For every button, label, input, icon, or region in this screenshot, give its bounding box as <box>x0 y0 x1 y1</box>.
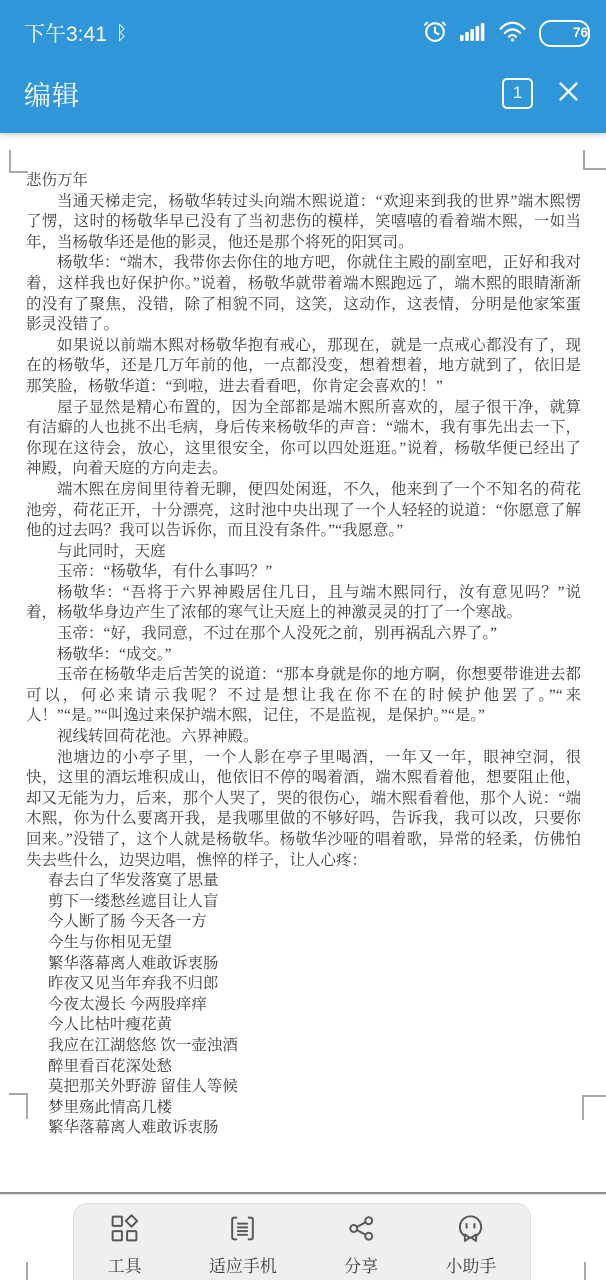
app-header: 下午3:41 ᛒ <box>0 0 606 133</box>
document-text[interactable]: 悲伤万年 当通天梯走完，杨敬华转过头向端木熙说道：“欢迎来到我的世界”端木熙愣了… <box>26 171 581 1139</box>
lyric-line: 今夜太漫长 今两股痒痒 <box>26 995 581 1016</box>
margin-mark-top-right <box>583 150 606 170</box>
lyric-line: 今人比枯叶瘦花黄 <box>26 1015 581 1036</box>
toolbar-label: 适应手机 <box>209 1252 277 1277</box>
close-button[interactable] <box>553 76 584 110</box>
fit-phone-icon <box>227 1213 258 1247</box>
bottom-toolbar: 工具 适应手机 <box>73 1203 531 1280</box>
toolbar-tools-button[interactable]: 工具 <box>108 1213 142 1277</box>
lyric-line: 莫把那关外野游 留佳人等候 <box>26 1077 581 1098</box>
share-icon <box>346 1213 377 1247</box>
toolbar-assistant-button[interactable]: 小助手 <box>445 1213 496 1277</box>
paragraph: 池塘边的小亭子里，一个人影在亭子里喝酒，一年又一年，眼神空洞，很快，这里的酒坛堆… <box>26 748 581 872</box>
screen: 下午3:41 ᛒ <box>0 0 606 1280</box>
paragraph: 当通天梯走完，杨敬华转过头向端木熙说道：“欢迎来到我的世界”端木熙愣了愣，这时的… <box>26 192 581 254</box>
lyric-line: 我应在江湖悠悠 饮一壶浊酒 <box>26 1036 581 1057</box>
paragraph: 屋子显然是精心布置的，因为全部都是端木熙所喜欢的，屋子很干净，就算有洁癖的人也挑… <box>26 398 581 480</box>
toolbar-fit-phone-button[interactable]: 适应手机 <box>209 1213 277 1277</box>
paragraph: 视线转回荷花池。六界神殿。 <box>26 727 581 748</box>
page-divider <box>0 1192 606 1194</box>
lyric-line: 醉里看百花深处愁 <box>26 1057 581 1078</box>
lyric-line: 昨夜又见当年弃我不归郎 <box>26 974 581 995</box>
lyric-line: 今人断了肠 今天各一方 <box>26 912 581 933</box>
alarm-icon <box>422 18 448 49</box>
tools-icon <box>109 1213 140 1247</box>
paragraph: 玉帝：“杨敬华，有什么事吗？” <box>26 562 581 583</box>
lyric-line: 剪下一缕愁丝遮目让人盲 <box>26 892 581 913</box>
assistant-icon <box>455 1213 486 1247</box>
lyrics-block: 春去白了华发落寞了思量剪下一缕愁丝遮目让人盲今人断了肠 今天各一方今生与你相见无… <box>26 871 581 1139</box>
page2-margin-mark-right <box>584 1262 588 1280</box>
status-time: 下午3:41 <box>24 18 107 48</box>
toolbar-share-button[interactable]: 分享 <box>344 1213 378 1277</box>
app-bar: 编辑 1 <box>0 58 606 128</box>
toolbar-label: 小助手 <box>445 1252 496 1277</box>
paragraph: 杨敬华：“端木，我带你去你住的地方吧，你就住主殿的副室吧，正好和我对着，这样我也… <box>26 253 581 335</box>
page-title: 编辑 <box>24 74 80 113</box>
toolbar-label: 工具 <box>108 1252 142 1277</box>
page2-margin-mark-left <box>26 1262 30 1280</box>
paragraph: 杨敬华：“吾将于六界神殿居住几日，且与端木熙同行，汝有意见吗？”说着，杨敬华身边… <box>26 583 581 624</box>
lyric-line: 今生与你相见无望 <box>26 933 581 954</box>
paragraph: 如果说以前端木熙对杨敬华抱有戒心，那现在，就是一点戒心都没有了，现在的杨敬华，还… <box>26 336 581 398</box>
lyric-line: 春去白了华发落寞了思量 <box>26 871 581 892</box>
wifi-icon <box>498 19 527 47</box>
close-icon <box>553 76 584 110</box>
document-title: 悲伤万年 <box>26 171 581 192</box>
paragraph: 端木熙在房间里待着无聊，便四处闲逛，不久，他来到了一个不知名的荷花池旁，荷花正开… <box>26 480 581 542</box>
paragraph: 玉帝在杨敬华走后苦笑的说道：“那本身就是你的地方啊，你想要带谁进去都可以，何必来… <box>26 665 581 727</box>
document-canvas[interactable]: 悲伤万年 当通天梯走完，杨敬华转过头向端木熙说道：“欢迎来到我的世界”端木熙愣了… <box>0 133 606 1280</box>
paragraph: 杨敬华：“成交。” <box>26 645 581 666</box>
paragraph: 玉帝：“好，我同意，不过在那个人没死之前，别再祸乱六界了。” <box>26 624 581 645</box>
lyric-line: 梦里殇此情高几楼 <box>26 1098 581 1119</box>
battery-percent: 76 <box>573 26 588 40</box>
page-indicator-button[interactable]: 1 <box>502 78 533 109</box>
bluetooth-icon: ᛒ <box>116 22 127 44</box>
lyric-line: 繁华落幕离人难敢诉衷肠 <box>26 954 581 975</box>
toolbar-label: 分享 <box>344 1252 378 1277</box>
paragraph: 与此同时，天庭 <box>26 542 581 563</box>
paragraphs: 当通天梯走完，杨敬华转过头向端木熙说道：“欢迎来到我的世界”端木熙愣了愣，这时的… <box>26 192 581 872</box>
lyric-line: 繁华落幕离人难敢诉衷肠 <box>26 1118 581 1139</box>
battery-indicator: 76 <box>539 20 590 47</box>
margin-mark-top-left <box>9 150 28 173</box>
signal-icon <box>460 21 486 46</box>
page-indicator-value: 1 <box>513 83 522 103</box>
status-bar: 下午3:41 ᛒ <box>0 0 606 58</box>
margin-mark-bottom-right <box>582 1095 606 1120</box>
